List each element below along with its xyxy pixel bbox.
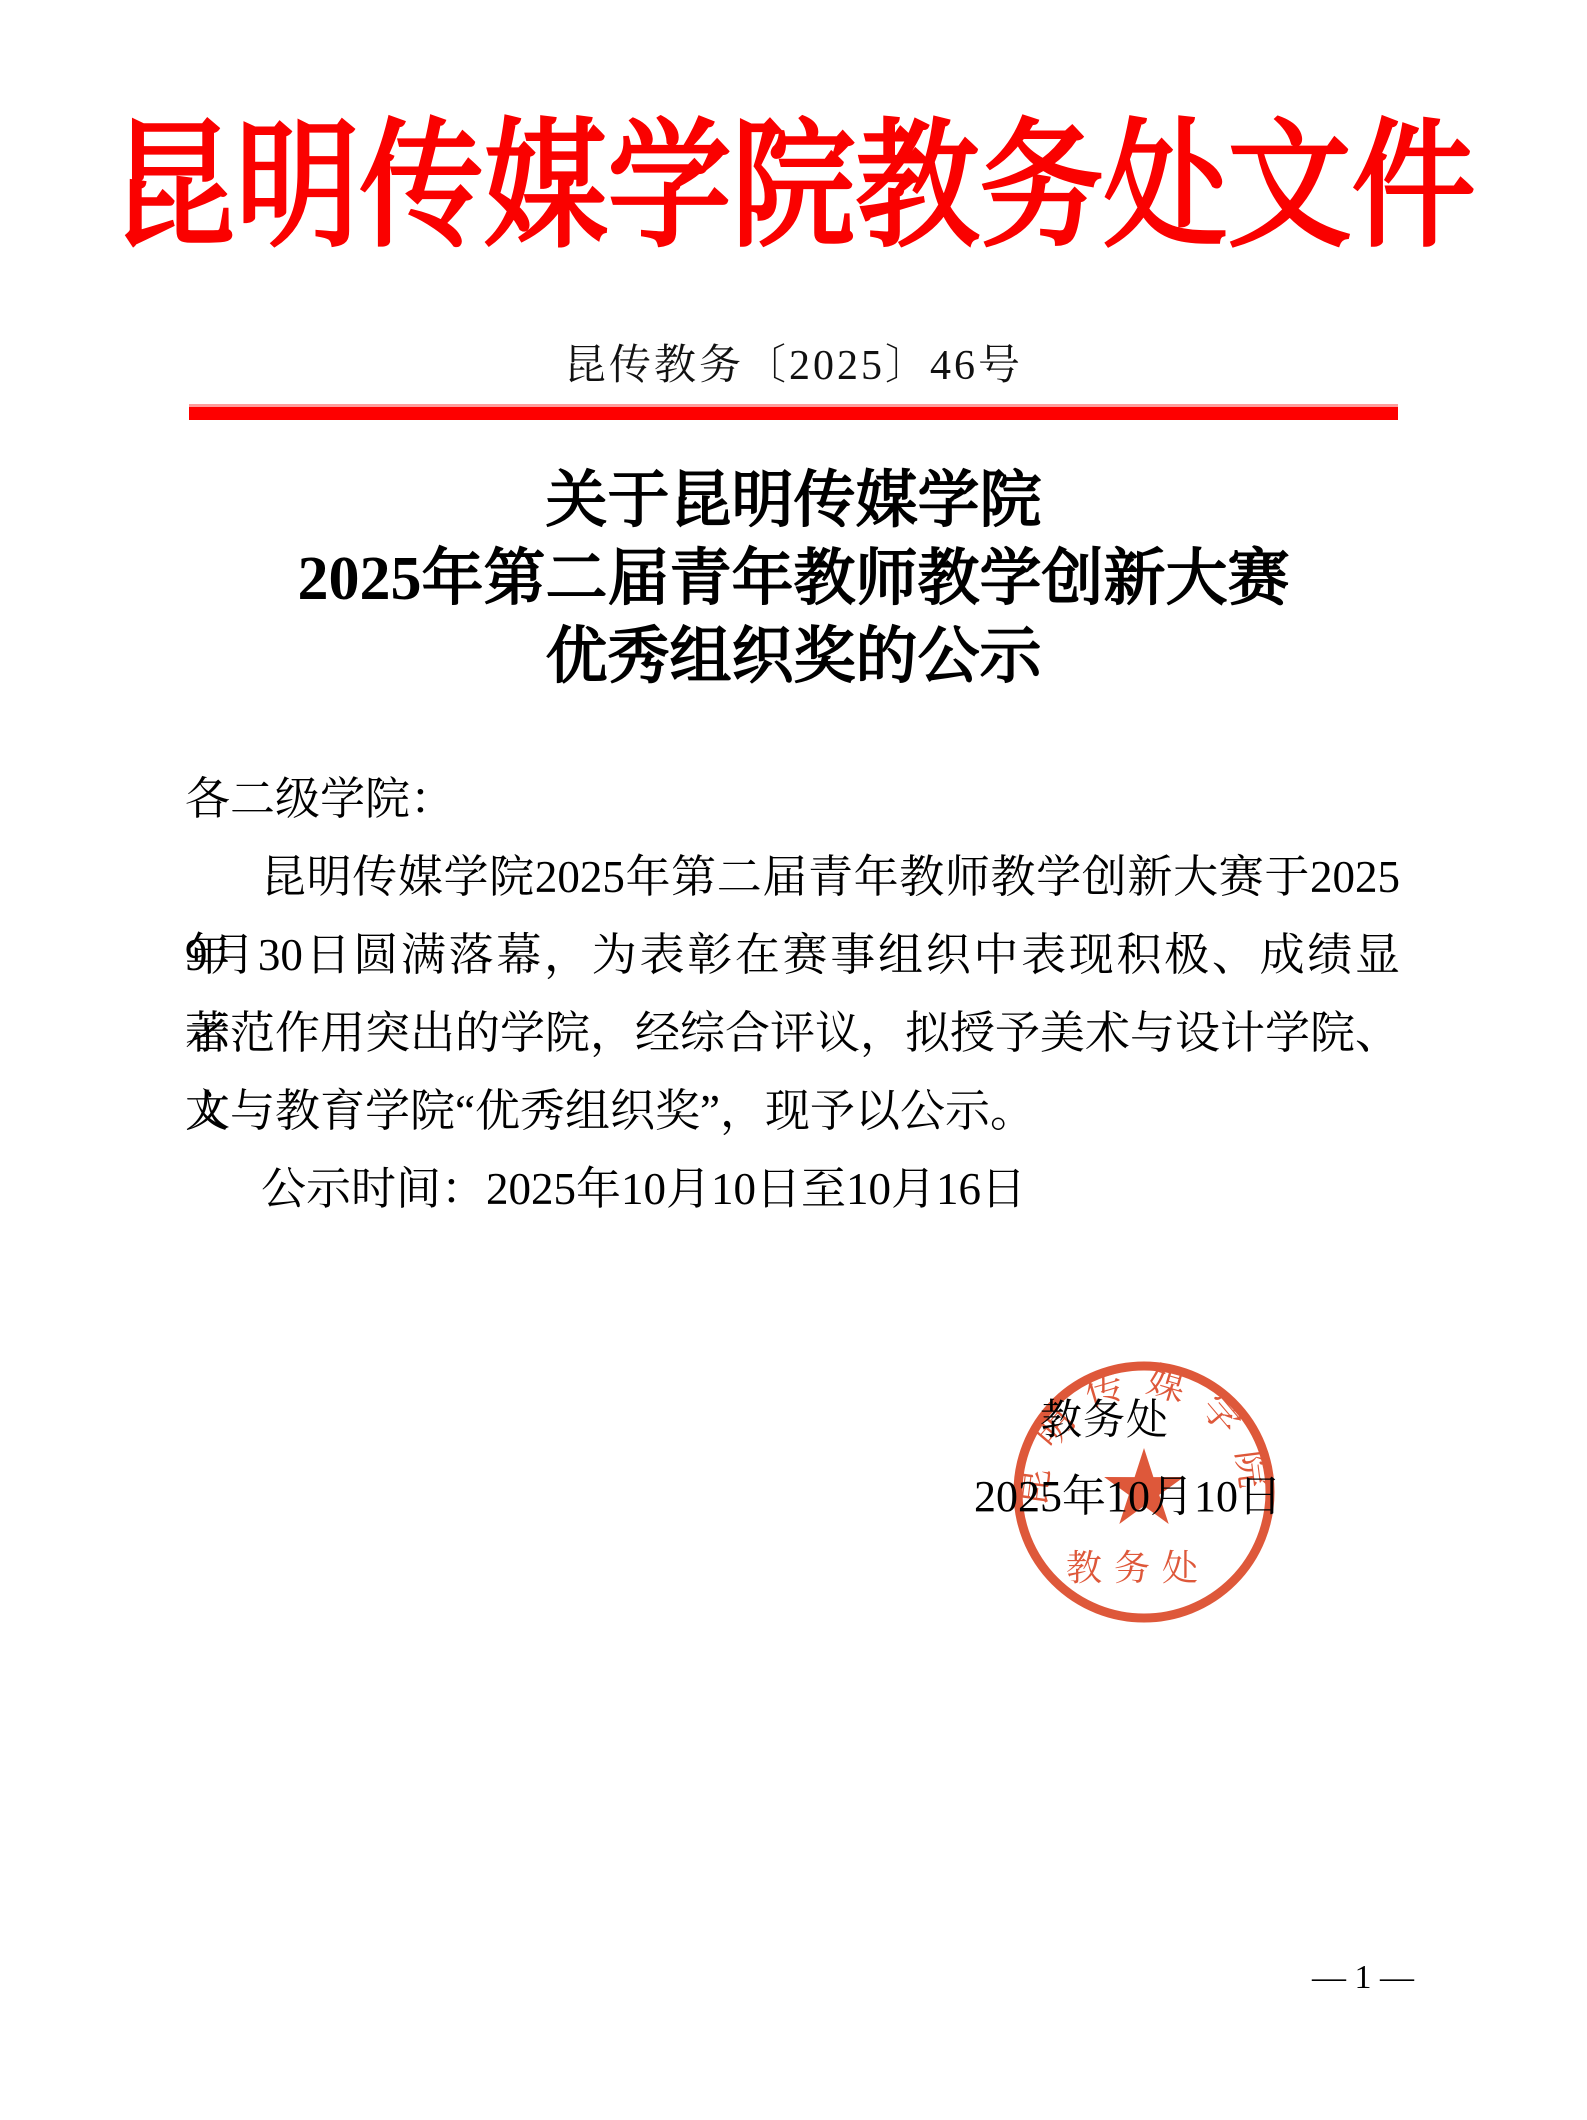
- official-seal-stamp: 昆明传媒学院 教务处: [1008, 1356, 1280, 1628]
- title-line-3: 优秀组织奖的公示: [0, 618, 1587, 696]
- body-line: 昆明传媒学院2025年第二届青年教师教学创新大赛于2025年: [185, 838, 1400, 916]
- document-body: 各二级学院： 昆明传媒学院2025年第二届青年教师教学创新大赛于2025年 9月…: [185, 760, 1400, 1228]
- document-title: 关于昆明传媒学院 2025年第二届青年教师教学创新大赛 优秀组织奖的公示: [0, 462, 1587, 696]
- publicity-period-line: 公示时间：2025年10月10日至10月16日: [185, 1150, 1400, 1228]
- agency-header-title: 昆明传媒学院教务处文件: [0, 104, 1587, 272]
- page-number: — 1 —: [1312, 1958, 1414, 1998]
- document-number: 昆传教务〔2025〕46号: [0, 340, 1587, 392]
- body-line: 9月30日圆满落幕，为表彰在赛事组织中表现积极、成绩显著、: [185, 916, 1400, 994]
- document-page: 昆明传媒学院教务处文件 昆传教务〔2025〕46号 关于昆明传媒学院 2025年…: [0, 0, 1587, 2120]
- body-line: 文与教育学院“优秀组织奖”，现予以公示。: [185, 1072, 1400, 1150]
- title-line-1: 关于昆明传媒学院: [0, 462, 1587, 540]
- seal-bottom-text: 教务处: [1066, 1548, 1210, 1588]
- body-line: 示范作用突出的学院，经综合评议，拟授予美术与设计学院、人: [185, 994, 1400, 1072]
- title-line-2: 2025年第二届青年教师教学创新大赛: [0, 540, 1587, 618]
- star-icon: [1104, 1448, 1184, 1524]
- red-divider-bar: [189, 404, 1398, 420]
- salutation: 各二级学院：: [185, 760, 1400, 838]
